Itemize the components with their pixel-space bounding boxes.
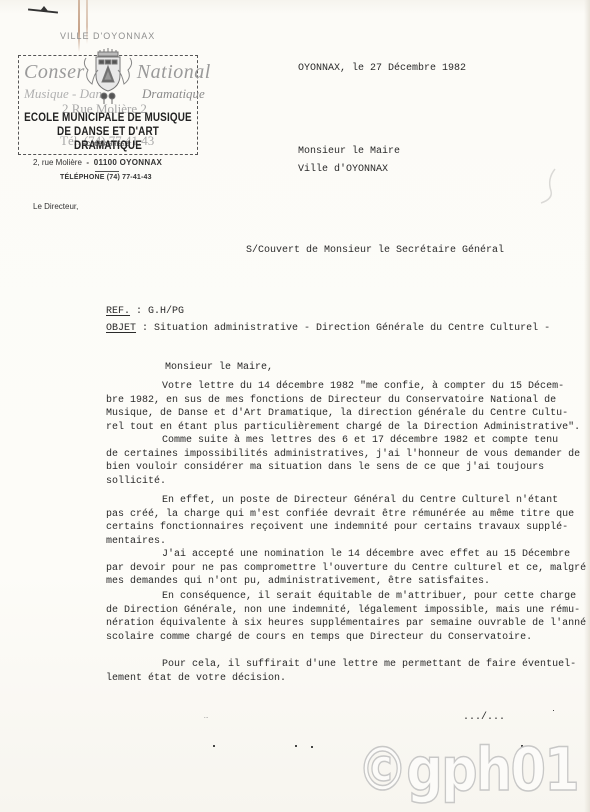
school-address: 2, rue Molière - 01100 OYONNAX (33, 158, 162, 167)
school-name-line-2: DE DANSE ET D'ART DRAMATIQUE (22, 125, 194, 153)
stamp-text: National (137, 61, 211, 83)
paragraph-line: rel tout en étant plus particulièrement … (106, 421, 586, 435)
staple-mark-icon (28, 7, 58, 13)
sender-role: Le Directeur, (33, 202, 78, 211)
via-line: S/Couvert de Monsieur le Secrétaire Géné… (246, 245, 504, 256)
letterhead-divider (95, 171, 119, 172)
paragraph-line: Musique, de Danse et d'Art Dramatique, l… (106, 407, 586, 421)
paragraph-line: scolaire comme chargé de cours en temps … (106, 631, 586, 645)
address-city: 01100 OYONNAX (94, 158, 162, 167)
subject-value: : Situation administrative - Direction G… (136, 323, 550, 334)
recipient-organization: Ville d'OYONNAX (298, 164, 388, 175)
fold-mark (78, 0, 80, 52)
paragraph: En conséquence, il serait équitable de m… (106, 590, 586, 644)
stamp-text: Conser (24, 61, 85, 83)
paragraph-line: nération équivalente à six heures supplé… (106, 617, 586, 631)
paragraph-line: En effet, un poste de Directeur Général … (106, 494, 586, 508)
paragraph: Comme suite à mes lettres des 6 et 17 dé… (106, 434, 586, 488)
school-phone: TÉLÉPHONE (74) 77-41-43 (60, 174, 152, 181)
address-separator: - (86, 158, 89, 167)
ville-stamp: VILLE D'OYONNAX (60, 31, 155, 41)
paragraph: J'ai accepté une nomination le 14 décemb… (106, 548, 586, 589)
school-accreditation: ÉCOLE AGRÉÉE (82, 142, 129, 148)
coat-of-arms-icon (80, 48, 136, 106)
paragraph-line: bien vouloir considérer ma situation dan… (106, 461, 586, 475)
subject-label: OBJET (106, 323, 136, 334)
paragraph-line: pas créé, la charge qui m'est confiée de… (106, 508, 586, 522)
paragraph-line: mes demandes qui n'ont pu, administrativ… (106, 575, 586, 589)
letter-date: OYONNAX, le 27 Décembre 1982 (298, 63, 466, 74)
faded-signature-icon (525, 165, 565, 205)
paragraph: Pour cela, il suffirait d'une lettre me … (106, 658, 586, 685)
faint-mark: … (204, 713, 208, 721)
paragraph-line: Pour cela, il suffirait d'une lettre me … (106, 658, 586, 672)
paragraph-line: mentaires. (106, 535, 586, 549)
paragraph-line: par devoir pour ne pas compromettre l'ou… (106, 562, 586, 576)
address-street: 2, rue Molière (33, 158, 82, 167)
reference-value: : G.H/PG (130, 306, 184, 317)
recipient-name: Monsieur le Maire (298, 146, 400, 157)
salutation: Monsieur le Maire, (165, 362, 273, 373)
subject-line: OBJET : Situation administrative - Direc… (106, 323, 550, 334)
copyright-watermark: ©gph01 (357, 735, 578, 805)
reference-label: REF. (106, 306, 130, 317)
letter-page: VILLE D'OYONNAX ConserNational Musique -… (0, 0, 590, 812)
paragraph-line: Votre lettre du 14 décembre 1982 "me con… (106, 380, 586, 394)
paragraph-line: Comme suite à mes lettres des 6 et 17 dé… (106, 434, 586, 448)
paragraph-line: de Direction Générale, non une indemnité… (106, 604, 586, 618)
paragraph: Votre lettre du 14 décembre 1982 "me con… (106, 380, 586, 434)
school-name-line-1: ECOLE MUNICIPALE DE MUSIQUE (22, 111, 194, 125)
paragraph-line: En conséquence, il serait équitable de m… (106, 590, 586, 604)
paragraph-line: certains fonctionnaires reçoivent une in… (106, 521, 586, 535)
paragraph-line: J'ai accepté une nomination le 14 décemb… (106, 548, 586, 562)
paragraph-line: de certaines impossibilités administrati… (106, 448, 586, 462)
paragraph-line: sollicité. (106, 475, 586, 489)
stamp-text: Dramatique (142, 86, 205, 101)
continuation-mark: .../... (463, 712, 505, 723)
paragraph-line: bre 1982, en sus de mes fonctions de Dir… (106, 394, 586, 408)
paragraph: En effet, un poste de Directeur Général … (106, 494, 586, 548)
paragraph-line: lement état de votre décision. (106, 672, 586, 686)
reference-line: REF. : G.H/PG (106, 306, 184, 317)
